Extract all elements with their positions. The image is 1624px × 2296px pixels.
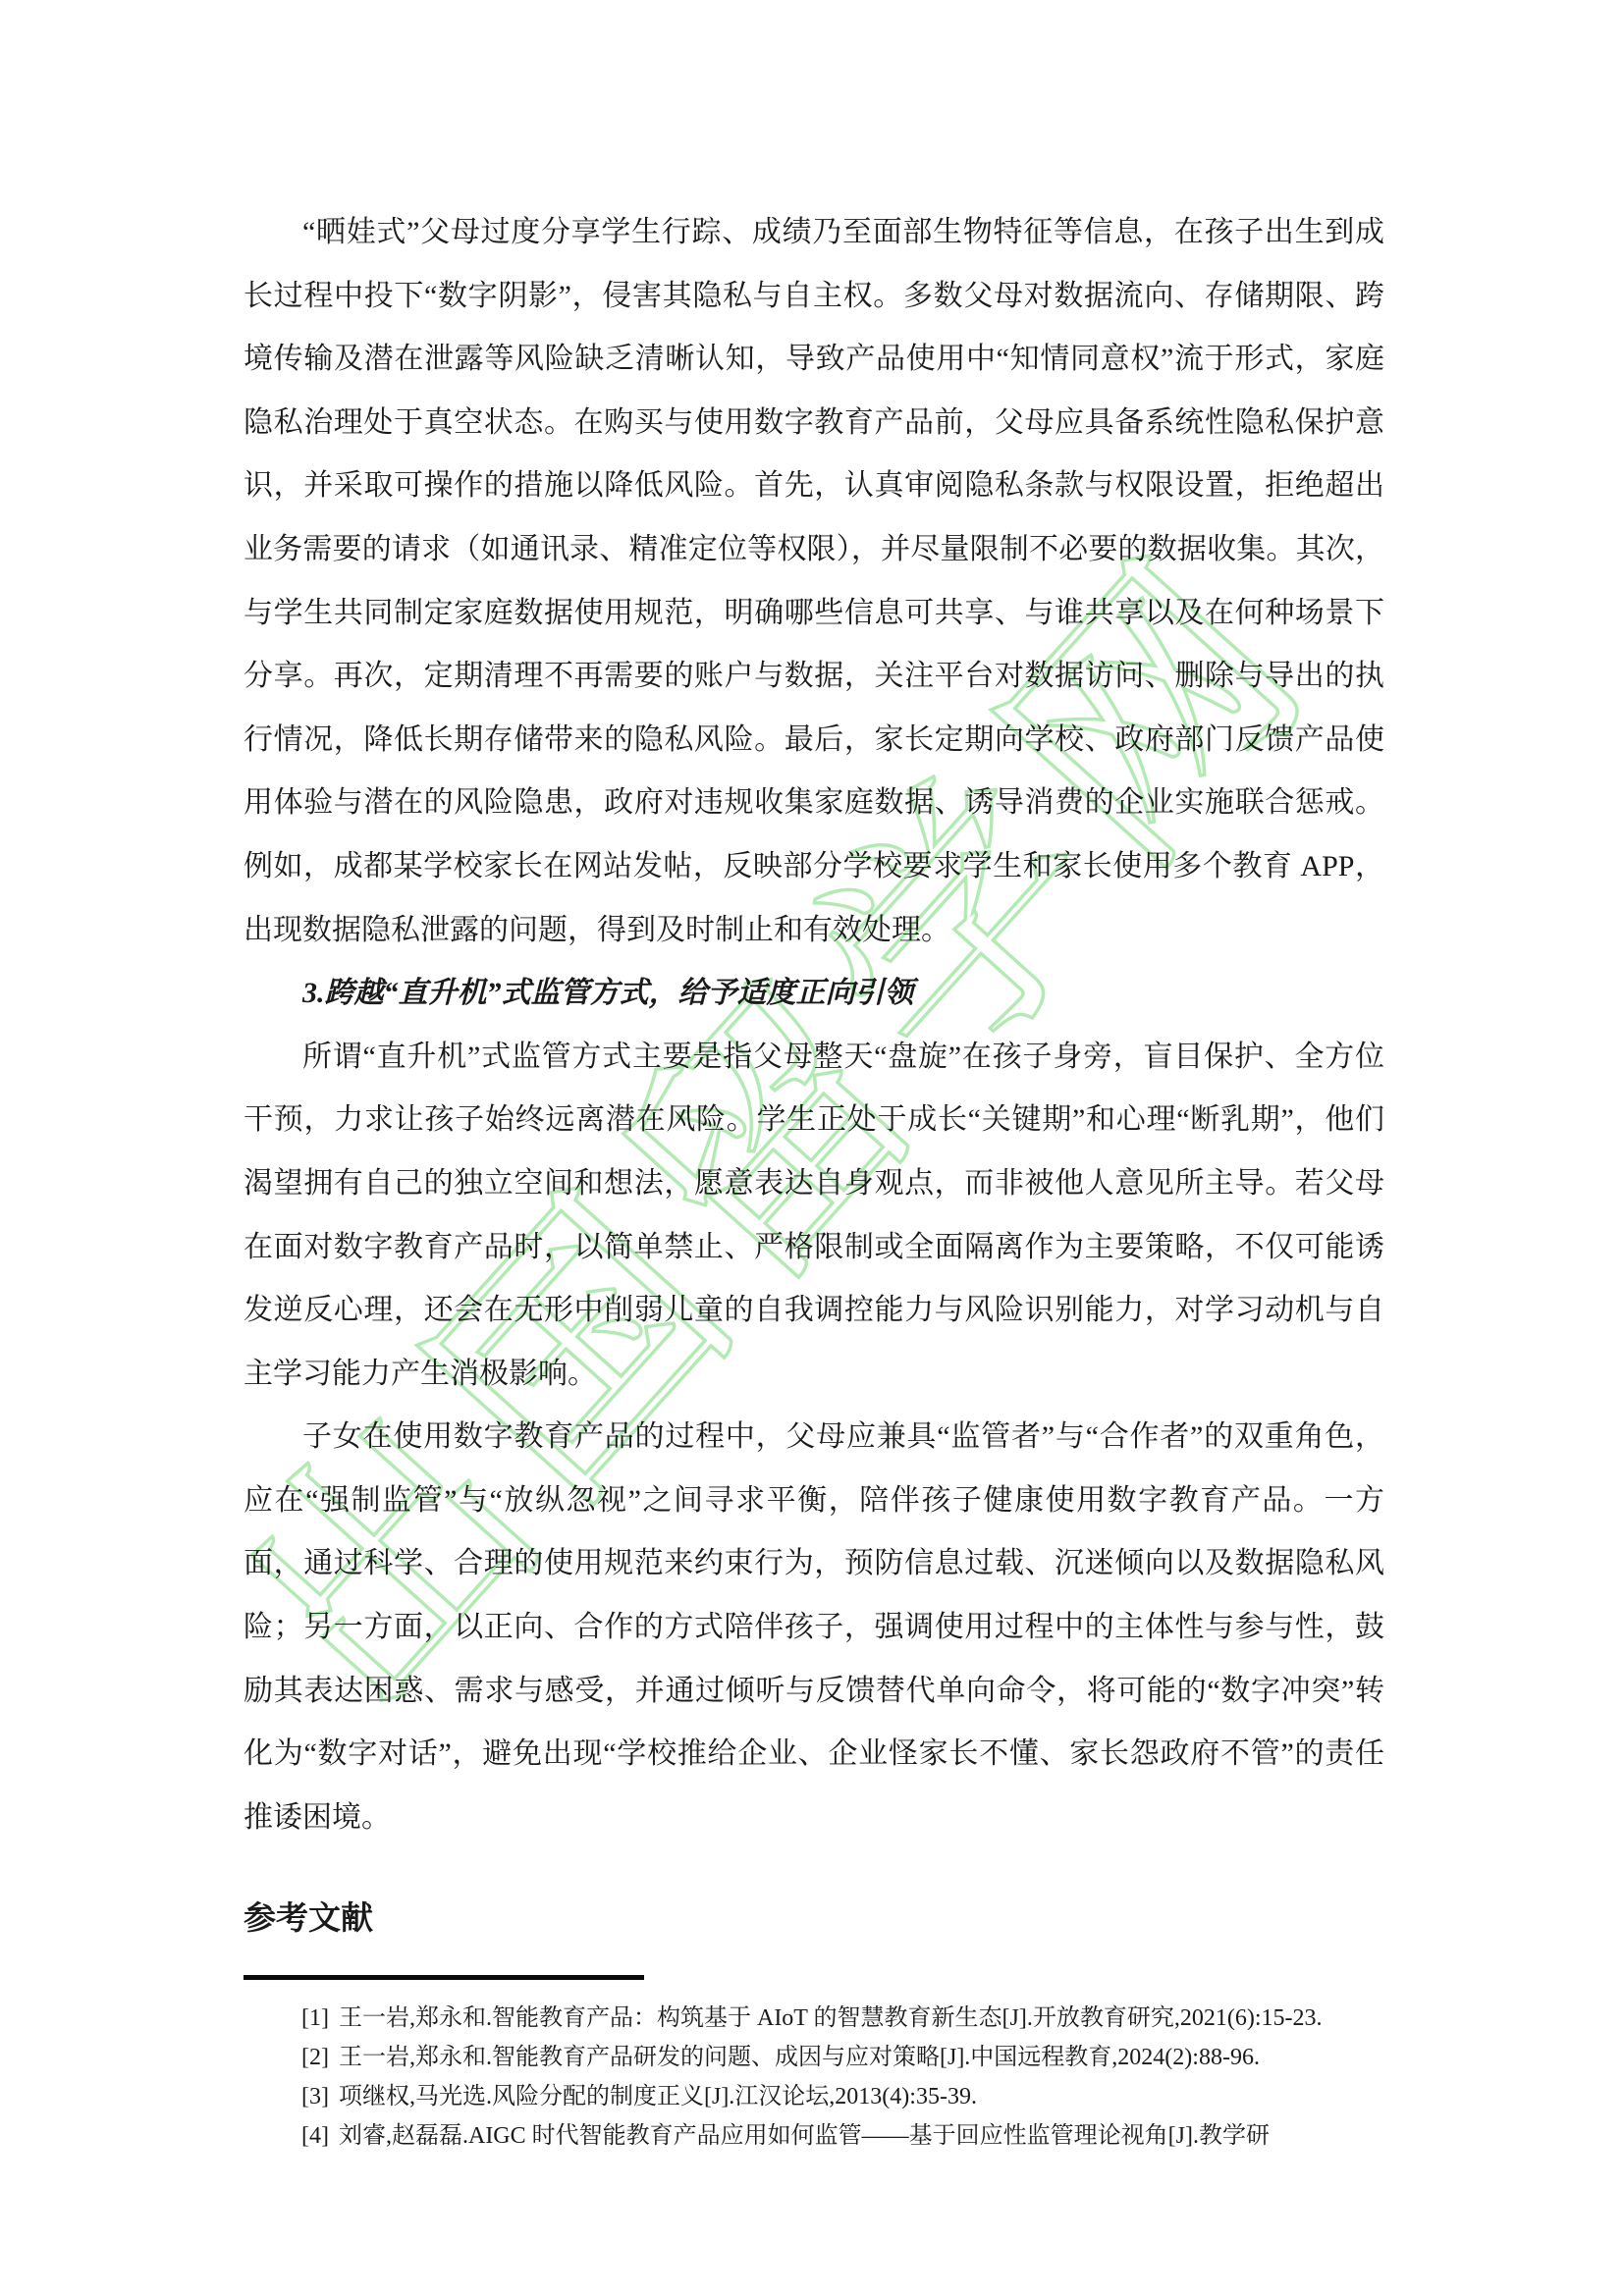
reference-item: [3]项继权,马光选.风险分配的制度正义[J].江汉论坛,2013(4):35-… — [301, 2077, 1384, 2116]
reference-text: 刘睿,赵磊磊.AIGC 时代智能教育产品应用如何监管——基于回应性监管理论视角[… — [339, 2123, 1270, 2149]
document-page: 出国留学网 “晒娃式”父母过度分享学生行踪、成绩乃至面部生物特征等信息，在孩子出… — [0, 0, 1624, 2296]
reference-label: [4] — [301, 2116, 329, 2156]
reference-label: [1] — [301, 1999, 329, 2038]
reference-text: 王一岩,郑永和.智能教育产品研发的问题、成因与应对策略[J].中国远程教育,20… — [339, 2045, 1260, 2070]
reference-label: [3] — [301, 2077, 329, 2116]
section-heading-helicopter-supervision: 3.跨越“直升机”式监管方式，给予适度正向引领 — [244, 962, 1384, 1026]
reference-text: 项继权,马光选.风险分配的制度正义[J].江汉论坛,2013(4):35-39. — [339, 2084, 977, 2109]
reference-item: [1]王一岩,郑永和.智能教育产品：构筑基于 AIoT 的智慧教育新生态[J].… — [301, 1999, 1384, 2038]
reference-label: [2] — [301, 2038, 329, 2077]
reference-item: [4]刘睿,赵磊磊.AIGC 时代智能教育产品应用如何监管——基于回应性监管理论… — [301, 2116, 1384, 2156]
references-list: [1]王一岩,郑永和.智能教育产品：构筑基于 AIoT 的智慧教育新生态[J].… — [244, 1999, 1384, 2156]
reference-item: [2]王一岩,郑永和.智能教育产品研发的问题、成因与应对策略[J].中国远程教育… — [301, 2038, 1384, 2077]
paragraph-dual-role: 子女在使用数字教育产品的过程中，父母应兼具“监管者”与“合作者”的双重角色，应在… — [244, 1406, 1384, 1849]
paragraph-helicopter-parenting: 所谓“直升机”式监管方式主要是指父母整天“盘旋”在孩子身旁，盲目保护、全方位干预… — [244, 1026, 1384, 1407]
references-separator-line — [244, 1975, 644, 1980]
paragraph-privacy-risks: “晒娃式”父母过度分享学生行踪、成绩乃至面部生物特征等信息，在孩子出生到成长过程… — [244, 201, 1384, 962]
document-body: “晒娃式”父母过度分享学生行踪、成绩乃至面部生物特征等信息，在孩子出生到成长过程… — [244, 201, 1384, 2156]
references-heading: 参考文献 — [244, 1897, 1384, 1941]
reference-text: 王一岩,郑永和.智能教育产品：构筑基于 AIoT 的智慧教育新生态[J].开放教… — [339, 2005, 1323, 2031]
